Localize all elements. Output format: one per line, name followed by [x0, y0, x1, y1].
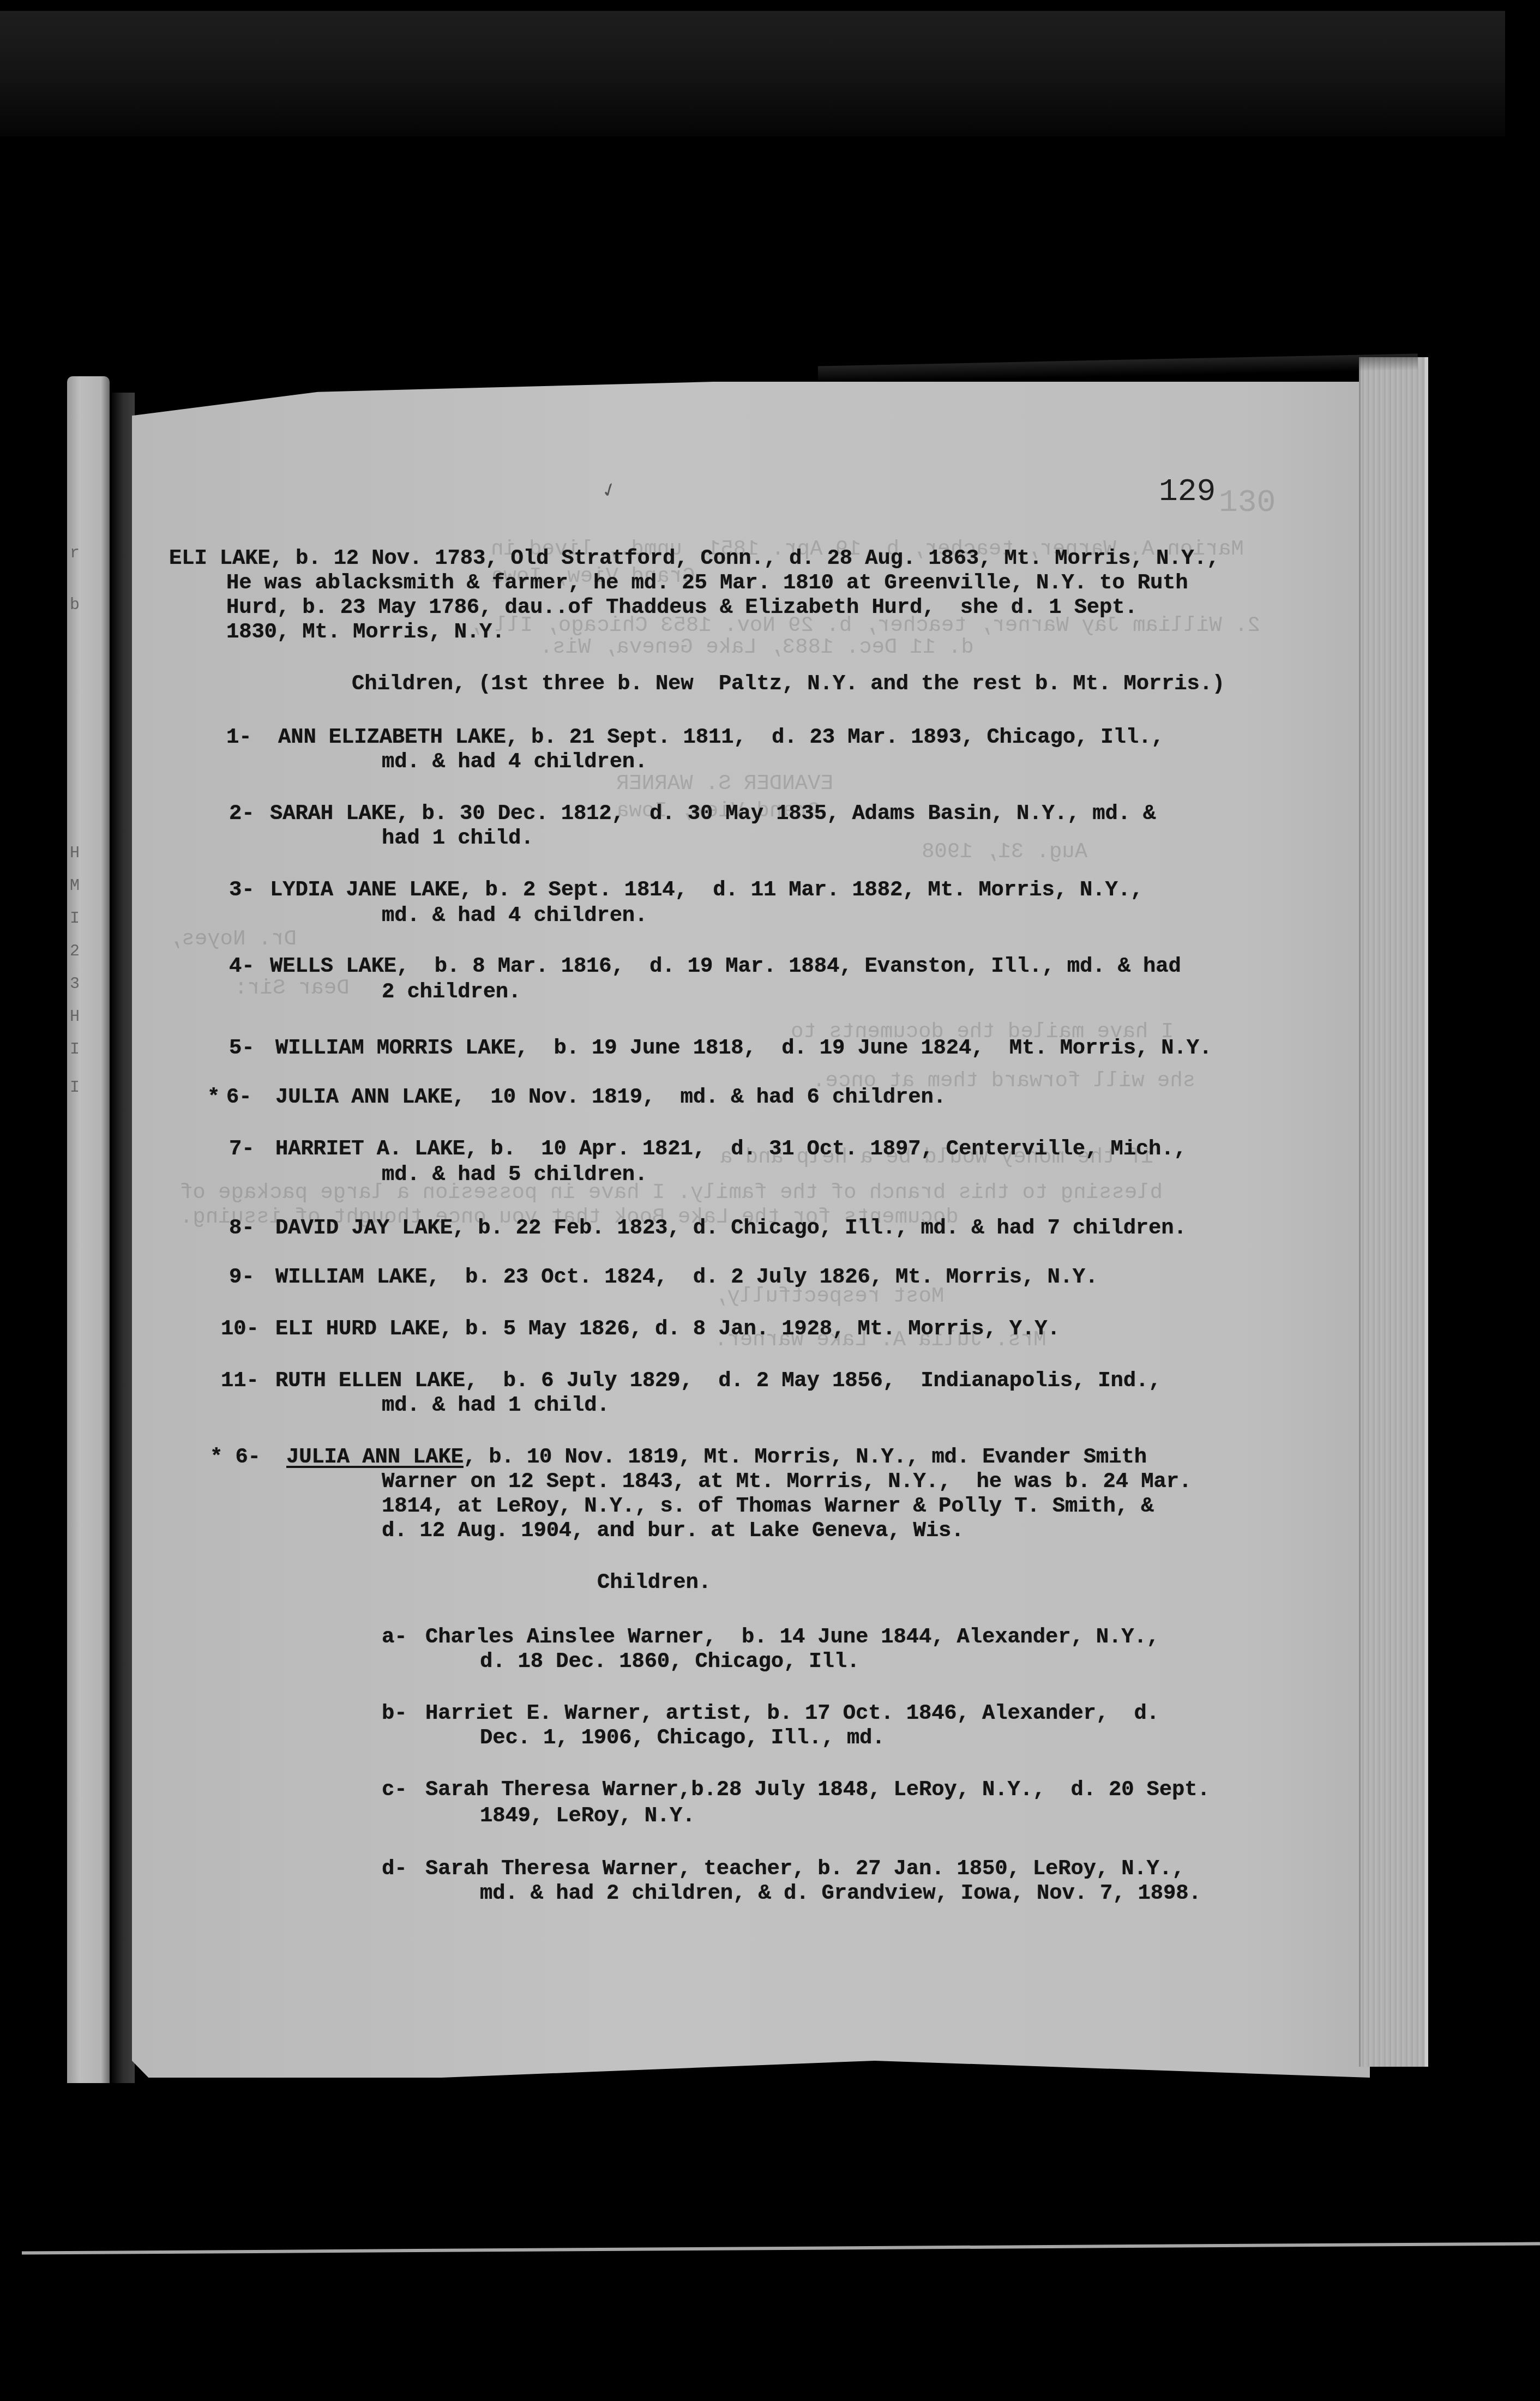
child-entry-line2: md. & had 4 children. [382, 750, 647, 774]
facing-page-edge [67, 376, 110, 2083]
facing-mark: I [70, 1042, 80, 1058]
child-entry-line1: ELI HURD LAKE, b. 5 May 1826, d. 8 Jan. … [275, 1317, 1060, 1341]
child-number: 6- [226, 1085, 251, 1110]
facing-mark: b [70, 597, 80, 613]
julia-children-heading: Children. [597, 1570, 711, 1595]
child-number: 1- [226, 725, 251, 750]
facing-mark: r [70, 545, 80, 562]
grandchild-entry-line2: Dec. 1, 1906, Chicago, Ill., md. [480, 1726, 885, 1750]
facing-mark: 2 [70, 943, 80, 960]
child-entry-line2: md. & had 4 children. [382, 904, 647, 928]
child-number: 5- [229, 1036, 254, 1061]
header-line: Hurd, b. 23 May 1786, dau..of Thaddeus &… [226, 595, 1138, 620]
child-entry-line1: WILLIAM LAKE, b. 23 Oct. 1824, d. 2 July… [275, 1265, 1098, 1290]
facing-mark: H [70, 845, 80, 862]
grandchild-entry-line1: Sarah Theresa Warner,b.28 July 1848, LeR… [425, 1778, 1210, 1802]
grandchild-entry-line1: Sarah Theresa Warner, teacher, b. 27 Jan… [425, 1857, 1184, 1881]
child-entry-line1: DAVID JAY LAKE, b. 22 Feb. 1823, d. Chic… [275, 1216, 1187, 1241]
child-number: 11- [221, 1369, 259, 1393]
grandchild-entry-line1: Harriet E. Warner, artist, b. 17 Oct. 18… [425, 1701, 1159, 1726]
julia-line1-rest: , b. 10 Nov. 1819, Mt. Morris, N.Y., md.… [464, 1445, 1147, 1469]
facing-mark: I [70, 911, 80, 927]
child-entry-line1: RUTH ELLEN LAKE, b. 6 July 1829, d. 2 Ma… [275, 1369, 1161, 1393]
julia-name: JULIA ANN LAKE [286, 1445, 464, 1469]
child-number: 3- [229, 878, 254, 902]
child-marker: * [207, 1085, 220, 1110]
grandchild-letter: b- [382, 1701, 407, 1726]
ghost-text: Dear Sir: [234, 976, 350, 1001]
film-band [0, 11, 1505, 136]
header-line: He was ablacksmith & farmer, he md. 25 M… [226, 571, 1188, 595]
ghost-text: blessing to this branch of the family. I… [180, 1181, 1163, 1205]
book-gutter [112, 393, 135, 2083]
page-top-shadow [818, 353, 1418, 382]
grandchild-entry-line2: md. & had 2 children, & d. Grandview, Io… [480, 1881, 1201, 1906]
julia-marker: * 6- [210, 1445, 261, 1470]
julia-entry-line: 1814, at LeRoy, N.Y., s. of Thomas Warne… [382, 1494, 1153, 1519]
child-entry-line2: 2 children. [382, 980, 521, 1004]
child-number: 2- [229, 802, 254, 826]
grandchild-letter: d- [382, 1857, 407, 1881]
facing-mark: 3 [70, 976, 80, 992]
julia-entry-line: d. 12 Aug. 1904, and bur. at Lake Geneva… [382, 1519, 964, 1543]
child-number: 4- [229, 954, 254, 979]
children-heading: Children, (1st three b. New Paltz, N.Y. … [352, 672, 1225, 696]
child-entry-line1: SARAH LAKE, b. 30 Dec. 1812, d. 30 May 1… [270, 802, 1156, 826]
ghost-text: Aug. 31, 1908 [922, 840, 1087, 864]
facing-mark: I [70, 1080, 80, 1096]
grandchild-letter: a- [382, 1625, 407, 1650]
child-number: 9- [229, 1265, 254, 1290]
page-number-ghost: 130 [1219, 485, 1276, 521]
grandchild-entry-line1: Charles Ainslee Warner, b. 14 June 1844,… [425, 1625, 1159, 1650]
child-number: 7- [229, 1137, 254, 1162]
page-number: 129 [1159, 474, 1216, 510]
facing-mark: M [70, 878, 80, 894]
grandchild-entry-line2: d. 18 Dec. 1860, Chicago, Ill. [480, 1650, 859, 1674]
child-entry-line1: LYDIA JANE LAKE, b. 2 Sept. 1814, d. 11 … [270, 878, 1143, 902]
child-entry-line1: WILLIAM MORRIS LAKE, b. 19 June 1818, d.… [275, 1036, 1212, 1061]
child-entry-line1: HARRIET A. LAKE, b. 10 Apr. 1821, d. 31 … [275, 1137, 1187, 1162]
ghost-text: Dr. Noyes, [169, 927, 297, 952]
ghost-text: EVANDER S. WARNER [616, 772, 833, 796]
child-entry-line2: md. & had 1 child. [382, 1393, 610, 1418]
facing-mark: H [70, 1009, 80, 1025]
julia-entry-line: Warner on 12 Sept. 1843, at Mt. Morris, … [382, 1470, 1192, 1494]
ghost-text: d. 11 Dec. 1883, Lake Geneva, Wis. [540, 635, 974, 660]
grandchild-entry-line2: 1849, LeRoy, N.Y. [480, 1804, 695, 1828]
child-entry-line2: had 1 child. [382, 826, 533, 851]
grandchild-letter: c- [382, 1778, 407, 1802]
header-line: ELI LAKE, b. 12 Nov. 1783, Old Stratford… [169, 546, 1219, 571]
child-entry-line1: JULIA ANN LAKE, 10 Nov. 1819, md. & had … [275, 1085, 946, 1110]
child-number: 10- [221, 1317, 259, 1341]
header-line: 1830, Mt. Morris, N.Y. [226, 620, 504, 645]
julia-entry-line1: JULIA ANN LAKE, b. 10 Nov. 1819, Mt. Mor… [286, 1445, 1147, 1470]
child-number: 8- [229, 1216, 254, 1241]
child-entry-line1: ANN ELIZABETH LAKE, b. 21 Sept. 1811, d.… [278, 725, 1164, 750]
film-edge [22, 2242, 1540, 2254]
page-stack-edge [1359, 357, 1428, 2067]
child-entry-line2: md. & had 5 children. [382, 1163, 647, 1187]
child-entry-line1: WELLS LAKE, b. 8 Mar. 1816, d. 19 Mar. 1… [270, 954, 1181, 979]
